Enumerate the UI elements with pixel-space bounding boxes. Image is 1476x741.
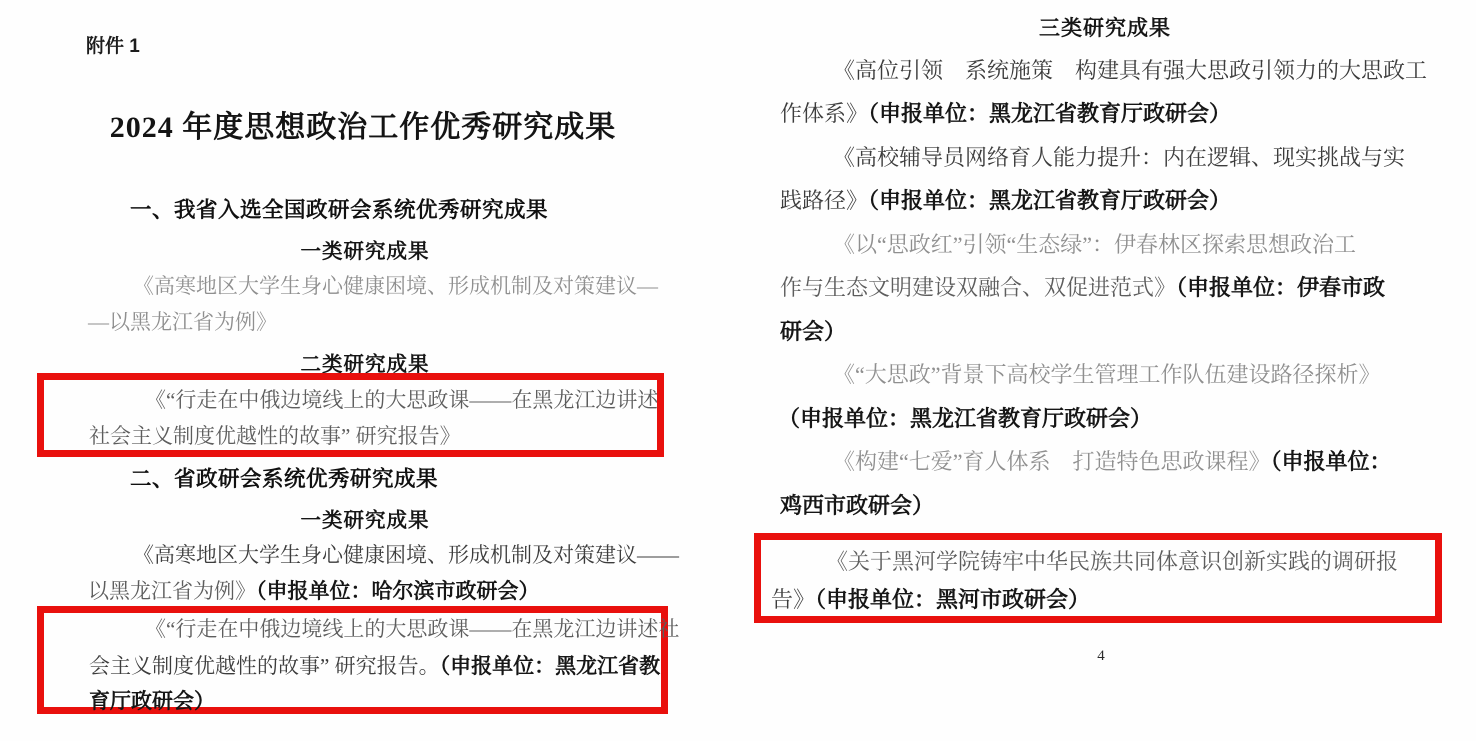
- entry-line: 告》（申报单位：黑河市政研会）: [771, 586, 1090, 613]
- entry-line: 《高寒地区大学生身心健康困境、形成机制及对策建议—: [133, 273, 658, 300]
- attachment-label: 附件 1: [86, 33, 140, 60]
- entry-title-part: 告》: [771, 587, 815, 612]
- section-1-heading: 一、我省入选全国政研会系统优秀研究成果: [130, 197, 548, 224]
- entry-unit-part: （申报单位：伊春市政: [1176, 275, 1385, 300]
- entry-line: 《以“思政红”引领“生态绿”：伊春林区探索思想政治工: [833, 231, 1356, 258]
- entry-unit-part: （申报单位：: [1271, 449, 1392, 474]
- entry-title-part: 以黑龙江省为例》: [88, 579, 256, 603]
- entry-line: 会主义制度优越性的故事” 研究报告。（申报单位：黑龙江省教: [89, 653, 660, 680]
- doc-title: 2024 年度思想政治工作优秀研究成果: [0, 102, 732, 146]
- entry-title-part: 《构建“七爱”育人体系 打造特色思政课程》: [833, 449, 1271, 474]
- entry-unit-part: （申报单位：哈尔滨市政研会）: [256, 579, 540, 603]
- highlight-box-3: 《关于黑河学院铸牢中华民族共同体意识创新实践的调研报 告》（申报单位：黑河市政研…: [754, 533, 1442, 623]
- entry-line: 作体系》（申报单位：黑龙江省教育厅政研会）: [780, 100, 1231, 127]
- highlight-box-1: 《“行走在中俄边境线上的大思政课——在黑龙江边讲述 社会主义制度优越性的故事” …: [37, 373, 664, 457]
- entry-line: 《“大思政”背景下高校学生管理工作队伍建设路径探析》: [833, 361, 1381, 388]
- entry-unit-part: （申报单位：黑河市政研会）: [815, 587, 1090, 612]
- entry-unit-part: （申报单位：黑龙江省教: [440, 654, 661, 678]
- page-number: 4: [732, 648, 1470, 665]
- entry-line: 研会）: [780, 318, 846, 345]
- entry-unit-part: （申报单位：黑龙江省教育厅政研会）: [868, 101, 1231, 126]
- entry-line: 《高位引领 系统施策 构建具有强大思政引领力的大思政工: [833, 57, 1427, 84]
- entry-line: 以黑龙江省为例》（申报单位：哈尔滨市政研会）: [88, 578, 540, 605]
- entry-title-part: 践路径》: [780, 188, 868, 213]
- left-page: 附件 1 2024 年度思想政治工作优秀研究成果 一、我省入选全国政研会系统优秀…: [0, 0, 738, 741]
- entry-line: 《构建“七爱”育人体系 打造特色思政课程》（申报单位：: [833, 448, 1392, 475]
- entry-line: 《“行走在中俄边境线上的大思政课——在黑龙江边讲述社: [145, 616, 679, 643]
- entry-title-part: 作体系》: [780, 101, 868, 126]
- entry-line: 《关于黑河学院铸牢中华民族共同体意识创新实践的调研报: [826, 548, 1398, 575]
- entry-line: 社会主义制度优越性的故事” 研究报告》: [89, 423, 461, 450]
- section-2-heading: 二、省政研会系统优秀研究成果: [130, 466, 438, 493]
- entry-title-part: 会主义制度优越性的故事” 研究报告。: [89, 654, 440, 678]
- entry-line: 鸡西市政研会）: [780, 492, 934, 519]
- entry-line: 践路径》（申报单位：黑龙江省教育厅政研会）: [780, 187, 1231, 214]
- entry-title-part: 作与生态文明建设双融合、双促进范式》: [780, 275, 1176, 300]
- entry-unit-part: （申报单位：黑龙江省教育厅政研会）: [868, 188, 1231, 213]
- scanned-document: 附件 1 2024 年度思想政治工作优秀研究成果 一、我省入选全国政研会系统优秀…: [0, 0, 1476, 741]
- entry-line: （申报单位：黑龙江省教育厅政研会）: [778, 405, 1152, 432]
- category-1-heading: 一类研究成果: [0, 234, 734, 264]
- entry-line: 作与生态文明建设双融合、双促进范式》（申报单位：伊春市政: [780, 274, 1385, 301]
- right-page: 三类研究成果 《高位引领 系统施策 构建具有强大思政引领力的大思政工 作体系》（…: [738, 0, 1476, 741]
- category-3-heading: 一类研究成果: [0, 503, 734, 533]
- highlight-box-2: 《“行走在中俄边境线上的大思政课——在黑龙江边讲述社 会主义制度优越性的故事” …: [37, 606, 668, 714]
- entry-line: 《高校辅导员网络育人能力提升：内在逻辑、现实挑战与实: [833, 144, 1405, 171]
- category-4-heading: 三类研究成果: [736, 12, 1474, 42]
- entry-line: —以黑龙江省为例》: [88, 309, 277, 336]
- entry-line: 《“行走在中俄边境线上的大思政课——在黑龙江边讲述: [145, 387, 658, 414]
- entry-line: 《高寒地区大学生身心健康困境、形成机制及对策建议——: [133, 542, 679, 569]
- entry-line: 育厅政研会）: [89, 688, 215, 715]
